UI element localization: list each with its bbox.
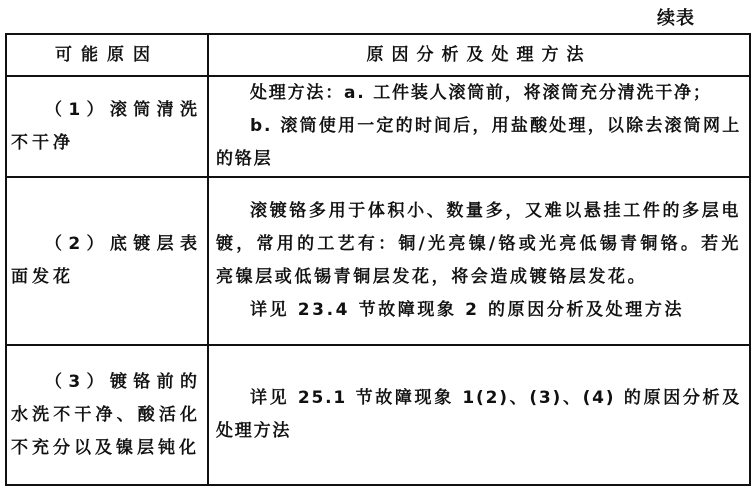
analysis-paragraph: 详见 25.1 节故障现象 1(2)、(3)、(4) 的原因分析及处理方法 xyxy=(216,382,741,448)
cause-cell: （3）镀铬前的水洗不干净、酸活化不充分以及镍层钝化 xyxy=(6,345,208,485)
analysis-paragraph: b. 滚筒使用一定的时间后，用盐酸处理，以除去滚筒网上的铬层 xyxy=(216,110,741,176)
cause-text: （2）底镀层表面发花 xyxy=(7,228,207,294)
analysis-cell: 滚镀铬多用于体积小、数量多，又难以悬挂工件的多层电镀，常用的工艺有：铜/光亮镍/… xyxy=(208,177,750,345)
analysis-text: 处理方法：a. 工件装人滚筒前，将滚筒充分清洗干净； b. 滚筒使用一定的时间后… xyxy=(209,77,749,176)
cause-cell: （2）底镀层表面发花 xyxy=(6,177,208,345)
table-row: （1）滚筒清洗不干净 处理方法：a. 工件装人滚筒前，将滚筒充分清洗干净； b.… xyxy=(6,76,750,177)
table-header-row: 可能原因 原因分析及处理方法 xyxy=(6,34,750,76)
header-analysis-method: 原因分析及处理方法 xyxy=(208,34,750,76)
analysis-text: 滚镀铬多用于体积小、数量多，又难以悬挂工件的多层电镀，常用的工艺有：铜/光亮镍/… xyxy=(209,195,749,327)
analysis-text: 详见 25.1 节故障现象 1(2)、(3)、(4) 的原因分析及处理方法 xyxy=(209,382,749,448)
table-row: （2）底镀层表面发花 滚镀铬多用于体积小、数量多，又难以悬挂工件的多层电镀，常用… xyxy=(6,177,750,345)
header-possible-cause: 可能原因 xyxy=(6,34,208,76)
cause-cell: （1）滚筒清洗不干净 xyxy=(6,76,208,177)
analysis-paragraph-text: a. 工件装人滚筒前，将滚筒充分清洗干净； xyxy=(344,83,712,103)
analysis-cell: 处理方法：a. 工件装人滚筒前，将滚筒充分清洗干净； b. 滚筒使用一定的时间后… xyxy=(208,76,750,177)
analysis-paragraph: 滚镀铬多用于体积小、数量多，又难以悬挂工件的多层电镀，常用的工艺有：铜/光亮镍/… xyxy=(216,195,741,294)
cause-text: （1）滚筒清洗不干净 xyxy=(7,94,207,160)
analysis-paragraph: 处理方法：a. 工件装人滚筒前，将滚筒充分清洗干净； xyxy=(216,77,741,110)
analysis-cell: 详见 25.1 节故障现象 1(2)、(3)、(4) 的原因分析及处理方法 xyxy=(208,345,750,485)
analysis-paragraph: 详见 23.4 节故障现象 2 的原因分析及处理方法 xyxy=(216,294,741,327)
continued-table-label: 续表 xyxy=(657,6,695,32)
table-row: （3）镀铬前的水洗不干净、酸活化不充分以及镍层钝化 详见 25.1 节故障现象 … xyxy=(6,345,750,485)
cause-text: （3）镀铬前的水洗不干净、酸活化不充分以及镍层钝化 xyxy=(7,366,207,465)
method-label: 处理方法： xyxy=(250,83,344,103)
troubleshooting-table: 可能原因 原因分析及处理方法 （1）滚筒清洗不干净 处理方法：a. 工件装人滚筒… xyxy=(5,33,751,486)
